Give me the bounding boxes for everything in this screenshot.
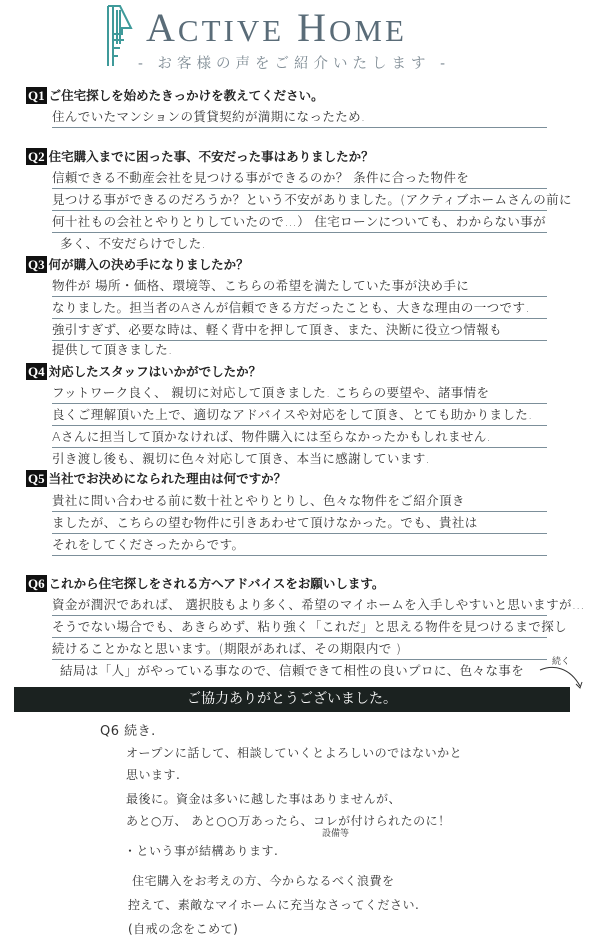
question-6: Q6 これから住宅探しをされる方へアドバイスをお願いします。: [26, 574, 384, 592]
answer-line: 物件が 場所・価格、環境等、こちらの希望を満たしていた事が決め手に: [52, 275, 547, 297]
answer-line: 信頼できる不動産会社を見つける事ができるのか？ 条件に合った物件を: [52, 167, 547, 189]
continuation-line: オープンに話して、相談していくとよろしいのではないかと: [126, 744, 462, 761]
question-4: Q4 対応したスタッフはいかがでしたか？: [26, 362, 261, 380]
header: ACTIVE HOME - お客様の声をご紹介いたします -: [0, 0, 592, 80]
question-text: これから住宅探しをされる方へアドバイスをお願いします。: [49, 574, 385, 592]
answer-line: それをしてくださったからです。: [52, 534, 547, 556]
answer-line: なりました。担当者のAさんが信頼できる方だったことも、大きな理由の一つです.: [52, 297, 547, 319]
key-house-icon: [104, 4, 136, 68]
question-badge: Q3: [26, 256, 47, 273]
answer-line: 強引すぎず、必要な時は、軽く背中を押して頂き、また、決断に役立つ情報も: [52, 319, 547, 341]
thank-you-banner: ご協力ありがとうございました。: [14, 687, 570, 712]
answer-line: 続けることかなと思います。(期限があれば、その期限内で ): [52, 638, 547, 660]
answer-line: ましたが、こちらの望む物件に引きあわせて頂けなかった。でも、貴社は: [52, 512, 547, 534]
answer-line: 何十社もの会社とやりとりしていたので…） 住宅ローンについても、わからない事が: [52, 211, 547, 233]
brand-title: ACTIVE HOME: [146, 6, 407, 53]
answer-line: 提供して頂きました.: [52, 339, 547, 361]
answer-line: そうでない場合でも、あきらめず、粘り強く「これだ」と思える物件を見つけるまで探し: [52, 616, 547, 638]
answer-line: Aさんに担当して頂かなければ、物件購入には至らなかったかもしれません.: [52, 426, 547, 448]
answer-line: 資金が潤沢であれば、 選択肢もより多く、希望のマイホームを入手しやすいと思います…: [52, 594, 547, 616]
question-3: Q3 何が購入の決め手になりましたか？: [26, 255, 249, 273]
equipment-annotation: 設備等: [322, 826, 349, 839]
question-badge: Q4: [26, 363, 47, 380]
question-text: 何が購入の決め手になりましたか？: [49, 255, 249, 273]
answer-line: 引き渡し後も、親切に色々対応して頂き、本当に感謝しています.: [52, 448, 547, 470]
question-badge: Q1: [26, 87, 47, 104]
continuation-line: 控えて、素敵なマイホームに充当なさってください.: [128, 896, 419, 913]
question-text: 住宅購入までに困った事、不安だった事はありましたか？: [49, 147, 374, 165]
continuation-line: (自戒の念をこめて): [128, 920, 238, 937]
answer-line: 良くご理解頂いた上で、適切なアドバイスや対応をして頂き、とても助かりました.: [52, 404, 547, 426]
continuation-line: 最後に。資金は多いに越した事はありませんが、: [126, 790, 401, 807]
question-text: ご住宅探しを始めたきっかけを教えてください。: [49, 86, 324, 104]
continuation-line: あと○万、 あと○○万あったら、コレが付けられたのに！: [126, 812, 451, 829]
tagline: - お客様の声をご紹介いたします -: [138, 52, 450, 73]
answer-line: フットワーク良く、 親切に対応して頂きました. こちらの要望や、諸事情を: [52, 382, 547, 404]
question-5: Q5 当社でお決めになられた理由は何ですか？: [26, 469, 286, 487]
question-badge: Q2: [26, 148, 47, 165]
answer-line: 住んでいたマンションの賃貸契約が満期になったため.: [52, 106, 547, 128]
answer-line: 多く、不安だらけでした.: [60, 233, 555, 255]
continuation-heading: Q6 続き.: [100, 720, 156, 739]
question-text: 当社でお決めになられた理由は何ですか？: [49, 469, 287, 487]
answer-line: 結局は「人」がやっている事なので、信頼できて相性の良いプロに、色々な事を: [60, 660, 555, 682]
continuation-line: 思います.: [126, 766, 180, 783]
question-badge: Q6: [26, 575, 47, 592]
answer-line: 貴社に問い合わせる前に数十社とやりとりし、色々な物件をご紹介頂き: [52, 490, 547, 512]
question-2: Q2 住宅購入までに困った事、不安だった事はありましたか？: [26, 147, 374, 165]
continuation-line: ・という事が結構あります.: [124, 842, 278, 859]
question-badge: Q5: [26, 470, 47, 487]
question-1: Q1 ご住宅探しを始めたきっかけを教えてください。: [26, 86, 324, 104]
answer-line: 見つける事ができるのだろうか？という不安がありました。(アクティブホームさんの前…: [52, 189, 547, 211]
continuation-line: 住宅購入をお考えの方、今からなるべく浪費を: [132, 872, 395, 889]
question-text: 対応したスタッフはいかがでしたか？: [49, 362, 262, 380]
